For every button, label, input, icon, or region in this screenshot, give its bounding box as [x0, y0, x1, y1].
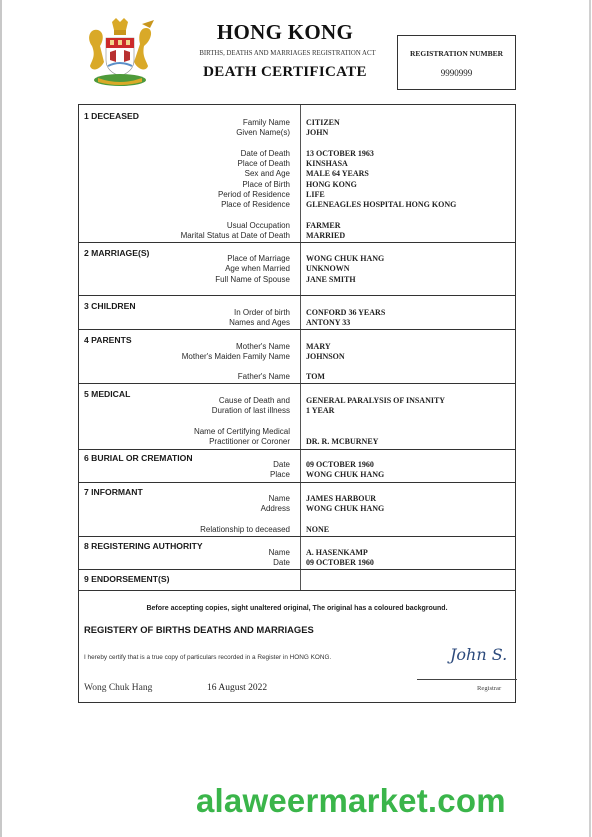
field-label: Names and Ages	[229, 318, 294, 327]
field-label: Place of Birth	[242, 180, 294, 189]
field-value: TOM	[306, 372, 325, 381]
section-burial-title: 6 BURIAL OR CREMATION	[84, 453, 193, 463]
field-label: Family Name	[243, 118, 294, 127]
field-value: WONG CHUK HANG	[306, 254, 384, 263]
act-name: BIRTHS, DEATHS AND MARRIAGES REGISTRATIO…	[175, 50, 400, 57]
field-label: Date	[273, 558, 294, 567]
field-label: Name	[269, 548, 294, 557]
field-label: Place of Death	[238, 159, 294, 168]
field-value: ANTONY 33	[306, 318, 350, 327]
field-label: Full Name of Spouse	[215, 275, 294, 284]
field-value: 09 OCTOBER 1960	[306, 558, 374, 567]
field-label: Father's Name	[238, 372, 294, 381]
field-label: Name	[269, 494, 294, 503]
field-value: KINSHASA	[306, 159, 348, 168]
field-value: JAMES HARBOUR	[306, 494, 376, 503]
field-label: Mother's Name	[236, 342, 294, 351]
registration-number-box: REGISTRATION NUMBER 9990999	[397, 35, 516, 90]
field-label: Address	[261, 504, 294, 513]
original-notice: Before accepting copies, sight unaltered…	[79, 605, 515, 612]
section-divider	[79, 482, 515, 483]
field-value: WONG CHUK HANG	[306, 504, 384, 513]
field-value: MARRIED	[306, 231, 345, 240]
field-label: Date of Death	[241, 149, 294, 158]
registrar-signature: John S.	[450, 645, 507, 664]
section-divider	[79, 449, 515, 450]
section-divider	[79, 590, 515, 591]
field-value: DR. R. MCBURNEY	[306, 437, 378, 446]
certificate-type: DEATH CERTIFICATE	[170, 64, 400, 81]
column-divider	[300, 105, 301, 590]
field-value: UNKNOWN	[306, 264, 350, 273]
section-parents-title: 4 PARENTS	[84, 335, 132, 345]
registrar-title: Registrar	[477, 685, 501, 692]
field-label: Duration of last illness	[212, 406, 294, 415]
field-label: Name of Certifying Medical	[194, 427, 294, 436]
issue-date: 16 August 2022	[207, 683, 267, 693]
field-value: JANE SMITH	[306, 275, 356, 284]
section-divider	[79, 242, 515, 243]
field-value: HONG KONG	[306, 180, 357, 189]
page-edge-left	[0, 0, 2, 837]
field-value: 13 OCTOBER 1963	[306, 149, 374, 158]
field-value: GENERAL PARALYSIS OF INSANITY	[306, 396, 445, 405]
field-label: Cause of Death and	[219, 396, 294, 405]
field-value: 1 YEAR	[306, 406, 334, 415]
field-value: FARMER	[306, 221, 341, 230]
section-divider	[79, 569, 515, 570]
field-value: CITIZEN	[306, 118, 340, 127]
field-value: LIFE	[306, 190, 325, 199]
field-value: CONFORD 36 YEARS	[306, 308, 385, 317]
section-divider	[79, 383, 515, 384]
section-endorsements-title: 9 ENDORSEMENT(S)	[84, 574, 169, 584]
signature-line	[417, 679, 517, 680]
field-value: MARY	[306, 342, 331, 351]
field-value: NONE	[306, 525, 329, 534]
registry-name: REGISTERY OF BIRTHS DEATHS AND MARRIAGES	[84, 624, 314, 635]
field-label: Date	[273, 460, 294, 469]
field-label: Place	[270, 470, 294, 479]
field-value: A. HASENKAMP	[306, 548, 368, 557]
field-value: JOHNSON	[306, 352, 345, 361]
field-label: Marital Status at Date of Death	[181, 231, 294, 240]
document-title: HONG KONG	[170, 20, 400, 45]
field-label: Place of Residence	[221, 200, 294, 209]
section-children-title: 3 CHILDREN	[84, 301, 136, 311]
section-medical-title: 5 MEDICAL	[84, 389, 130, 399]
coat-of-arms-icon	[82, 16, 157, 88]
field-label: Given Name(s)	[236, 128, 294, 137]
field-label: In Order of birth	[234, 308, 294, 317]
field-value: MALE 64 YEARS	[306, 169, 369, 178]
section-authority-title: 8 REGISTERING AUTHORITY	[84, 541, 203, 551]
registration-number-value: 9990999	[398, 68, 515, 78]
page-edge-right	[589, 0, 591, 837]
registration-number-label: REGISTRATION NUMBER	[398, 49, 515, 58]
field-label: Sex and Age	[245, 169, 294, 178]
section-divider	[79, 295, 515, 296]
field-value: 09 OCTOBER 1960	[306, 460, 374, 469]
section-deceased-title: 1 DECEASED	[84, 111, 139, 121]
issue-place: Wong Chuk Hang	[84, 683, 152, 693]
field-label: Usual Occupation	[227, 221, 294, 230]
section-marriage-title: 2 MARRIAGE(S)	[84, 248, 149, 258]
watermark-text: alaweermarket.com	[196, 782, 506, 820]
field-value: WONG CHUK HANG	[306, 470, 384, 479]
section-informant-title: 7 INFORMANT	[84, 487, 143, 497]
field-label: Relationship to deceased	[200, 525, 294, 534]
field-label: Mother's Maiden Family Name	[182, 352, 294, 361]
certification-statement: I hereby certify that is a true copy of …	[84, 654, 354, 663]
field-label: Practitioner or Coroner	[209, 437, 294, 446]
section-divider	[79, 329, 515, 330]
field-label: Place of Marriage	[227, 254, 294, 263]
field-label: Age when Married	[225, 264, 294, 273]
field-value: GLENEAGLES HOSPITAL HONG KONG	[306, 200, 456, 209]
section-divider	[79, 536, 515, 537]
field-label: Period of Residence	[218, 190, 294, 199]
field-value: JOHN	[306, 128, 328, 137]
certificate-table: 1 DECEASED Family Name CITIZEN Given Nam…	[78, 104, 516, 703]
